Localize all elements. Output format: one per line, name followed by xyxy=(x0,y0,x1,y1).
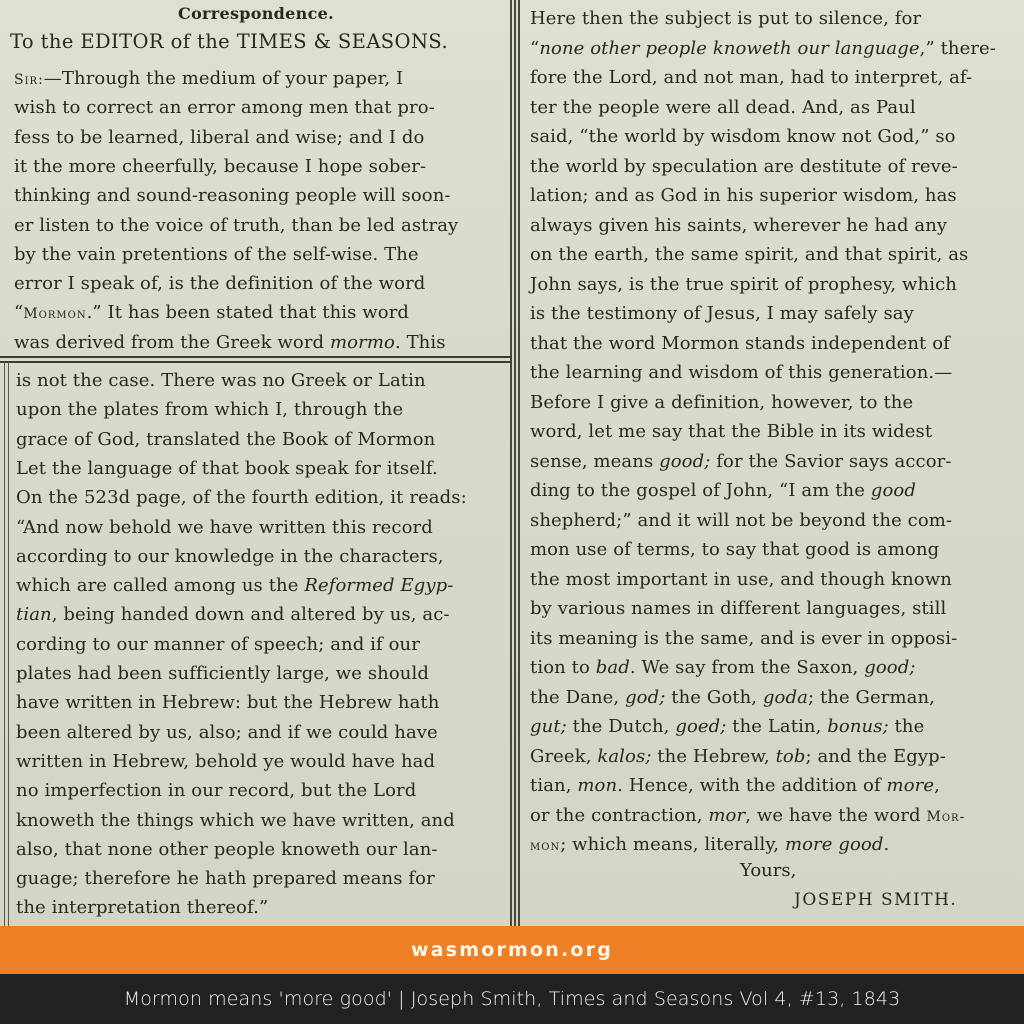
right-column: Here then the subject is put to silence,… xyxy=(520,0,1024,926)
text-line: mon use of terms, to say that good is am… xyxy=(530,535,939,564)
text-line: which are called among us the Reformed E… xyxy=(16,571,453,600)
salutation-header: To the EDITOR of the TIMES & SEASONS. xyxy=(10,30,448,53)
text-line: mon; which means, literally, more good. xyxy=(530,830,889,861)
site-url[interactable]: wasmormon.org xyxy=(411,939,613,961)
text-line: plates had been sufficiently large, we s… xyxy=(16,659,429,688)
text-line: it the more cheerfully, because I hope s… xyxy=(14,152,426,181)
caption-banner: Mormon means 'more good' | Joseph Smith,… xyxy=(0,974,1024,1024)
column-border xyxy=(4,362,5,926)
text-line: or the contraction, mor, we have the wor… xyxy=(530,801,965,832)
text-line: ding to the gospel of John, “I am the go… xyxy=(530,476,916,505)
text-line: its meaning is the same, and is ever in … xyxy=(530,624,957,653)
text-line: sense, means good; for the Savior says a… xyxy=(530,447,952,476)
text-line: “Mormon.” It has been stated that this w… xyxy=(14,298,409,329)
text-line: the learning and wisdom of this generati… xyxy=(530,358,952,387)
text-line: fess to be learned, liberal and wise; an… xyxy=(14,123,424,152)
text-line: also, that none other people knoweth our… xyxy=(16,835,438,864)
text-line: is the testimony of Jesus, I may safely … xyxy=(530,299,914,328)
text-line: thinking and sound-reasoning people will… xyxy=(14,181,451,210)
text-line: word, let me say that the Bible in its w… xyxy=(530,417,932,446)
text-line: Here then the subject is put to silence,… xyxy=(530,4,921,33)
text-line: upon the plates from which I, through th… xyxy=(16,395,403,424)
text-line: the world by speculation are destitute o… xyxy=(530,152,958,181)
closing: Yours, xyxy=(740,860,796,881)
text-line: the interpretation thereof.” xyxy=(16,893,268,922)
text-line: always given his saints, wherever he had… xyxy=(530,211,947,240)
text-line: “And now behold we have written this rec… xyxy=(16,513,433,542)
text-line: tian, being handed down and altered by u… xyxy=(16,600,450,629)
text-line: Let the language of that book speak for … xyxy=(16,454,438,483)
text-line: gut; the Dutch, goed; the Latin, bonus; … xyxy=(530,712,924,741)
text-line: fore the Lord, and not man, had to inter… xyxy=(530,63,972,92)
text-line: the Dane, god; the Goth, goda; the Germa… xyxy=(530,683,935,712)
caption-text: Mormon means 'more good' | Joseph Smith,… xyxy=(124,988,901,1010)
text-line: ter the people were all dead. And, as Pa… xyxy=(530,93,916,122)
horizontal-rule xyxy=(0,361,512,363)
text-line: grace of God, translated the Book of Mor… xyxy=(16,425,435,454)
text-line: was derived from the Greek word mormo. T… xyxy=(14,328,446,357)
horizontal-rule xyxy=(0,356,512,358)
text-line: written in Hebrew, behold ye would have … xyxy=(16,747,435,776)
text-line: wish to correct an error among men that … xyxy=(14,93,435,122)
text-line: knoweth the things which we have written… xyxy=(16,806,455,835)
text-line: by various names in different languages,… xyxy=(530,594,946,623)
text-line: been altered by us, also; and if we coul… xyxy=(16,718,438,747)
text-line: according to our knowledge in the charac… xyxy=(16,542,444,571)
signature: JOSEPH SMITH. xyxy=(794,890,957,910)
text-line: shepherd;” and it will not be beyond the… xyxy=(530,506,952,535)
text-line: that the word Mormon stands independent … xyxy=(530,329,950,358)
text-line: Greek, kalos; the Hebrew, tob; and the E… xyxy=(530,742,946,771)
text-line: said, “the world by wisdom know not God,… xyxy=(530,122,956,151)
text-line: by the vain pretentions of the self-wise… xyxy=(14,240,419,269)
text-line: no imperfection in our record, but the L… xyxy=(16,776,416,805)
column-border xyxy=(8,362,9,926)
text-line: have written in Hebrew: but the Hebrew h… xyxy=(16,688,439,717)
text-line: On the 523d page, of the fourth edition,… xyxy=(16,483,467,512)
text-line: er listen to the voice of truth, than be… xyxy=(14,211,458,240)
text-line: guage; therefore he hath prepared means … xyxy=(16,864,435,893)
newspaper-clipping: Correspondence. To the EDITOR of the TIM… xyxy=(0,0,1024,926)
text-line: is not the case. There was no Greek or L… xyxy=(16,366,426,395)
text-line: Before I give a definition, however, to … xyxy=(530,388,913,417)
text-line: on the earth, the same spirit, and that … xyxy=(530,240,968,269)
text-line: John says, is the true spirit of prophes… xyxy=(530,270,957,299)
text-line: error I speak of, is the definition of t… xyxy=(14,269,425,298)
text-line: Sir:—Through the medium of your paper, I xyxy=(14,64,403,95)
text-line: lation; and as God in his superior wisdo… xyxy=(530,181,957,210)
site-banner: wasmormon.org xyxy=(0,926,1024,974)
text-line: cording to our manner of speech; and if … xyxy=(16,630,420,659)
left-column: Correspondence. To the EDITOR of the TIM… xyxy=(0,0,512,926)
text-line: the most important in use, and though kn… xyxy=(530,565,952,594)
text-line: tion to bad. We say from the Saxon, good… xyxy=(530,653,916,682)
text-line: “none other people knoweth our language,… xyxy=(530,34,996,63)
text-line: tian, mon. Hence, with the addition of m… xyxy=(530,771,940,800)
section-heading: Correspondence. xyxy=(0,4,512,23)
column-divider xyxy=(514,0,516,926)
